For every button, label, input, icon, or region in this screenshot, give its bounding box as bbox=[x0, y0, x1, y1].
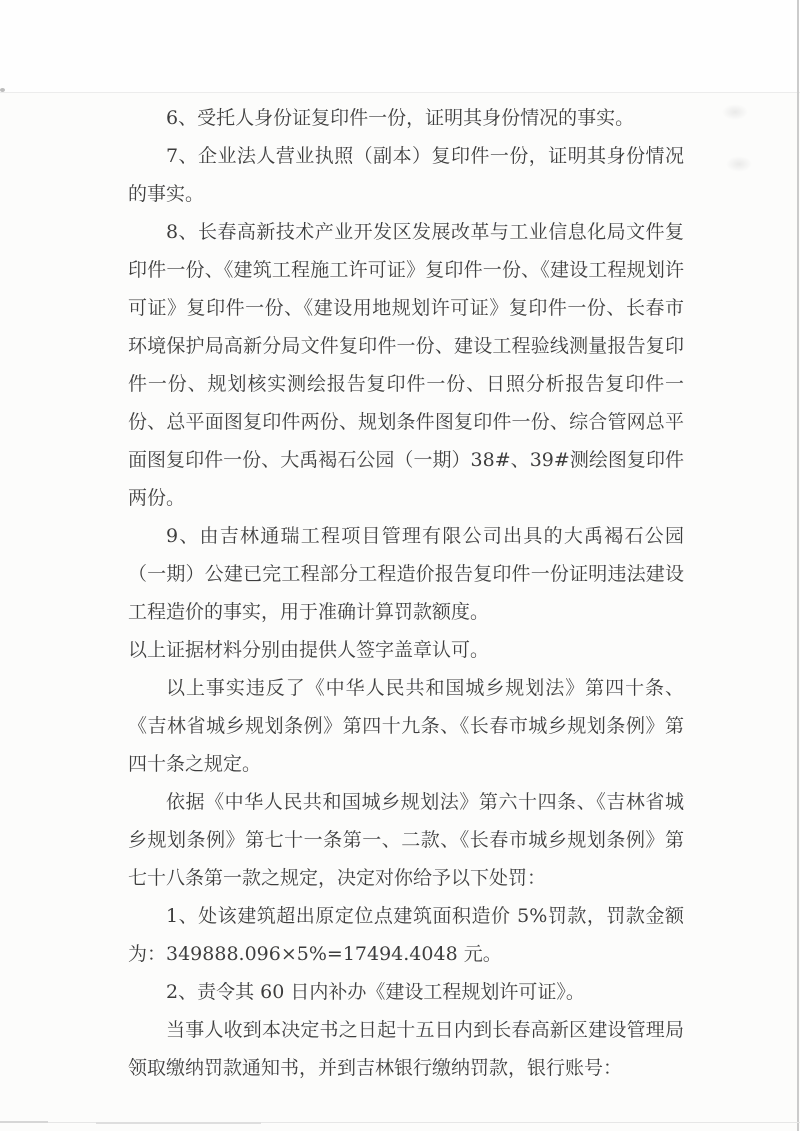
paragraph: 以上证据材料分别由提供人签字盖章认可。 bbox=[128, 631, 684, 669]
paragraph: 2、责令其 60 日内补办《建设工程规划许可证》。 bbox=[128, 973, 684, 1011]
scan-edge-top bbox=[0, 0, 800, 93]
paragraph: 当事人收到本决定书之日起十五日内到长春高新区建设管理局领取缴纳罚款通知书，并到吉… bbox=[128, 1011, 684, 1087]
paragraph: 8、长春高新技术产业开发区发展改革与工业信息化局文件复印件一份、《建筑工程施工许… bbox=[128, 213, 684, 517]
paragraph: 1、处该建筑超出原定位点建筑面积造价 5%罚款，罚款金额为：349888.096… bbox=[128, 897, 684, 973]
paragraph: 6、受托人身份证复印件一份，证明其身份情况的事实。 bbox=[128, 99, 684, 137]
scan-smudge bbox=[722, 104, 748, 120]
paragraph: 以上事实违反了《中华人民共和国城乡规划法》第四十条、《吉林省城乡规划条例》第四十… bbox=[128, 669, 684, 783]
paragraph: 依据《中华人民共和国城乡规划法》第六十四条、《吉林省城乡规划条例》第七十一条第一… bbox=[128, 783, 684, 897]
scan-edge-bottom-dash bbox=[0, 1121, 48, 1123]
scan-edge-bottom-dash bbox=[96, 1122, 261, 1124]
paragraph: 7、企业法人营业执照（副本）复印件一份，证明其身份情况的事实。 bbox=[128, 137, 684, 213]
scan-smudge bbox=[726, 156, 752, 172]
document-body: 6、受托人身份证复印件一份，证明其身份情况的事实。7、企业法人营业执照（副本）复… bbox=[128, 99, 684, 1087]
paragraph: 9、由吉林通瑞工程项目管理有限公司出具的大禹褐石公园（一期）公建已完工程部分工程… bbox=[128, 517, 684, 631]
scan-speck bbox=[0, 88, 5, 92]
scan-edge-right bbox=[797, 0, 799, 1131]
scanned-document-page: 6、受托人身份证复印件一份，证明其身份情况的事实。7、企业法人营业执照（副本）复… bbox=[0, 0, 800, 1131]
